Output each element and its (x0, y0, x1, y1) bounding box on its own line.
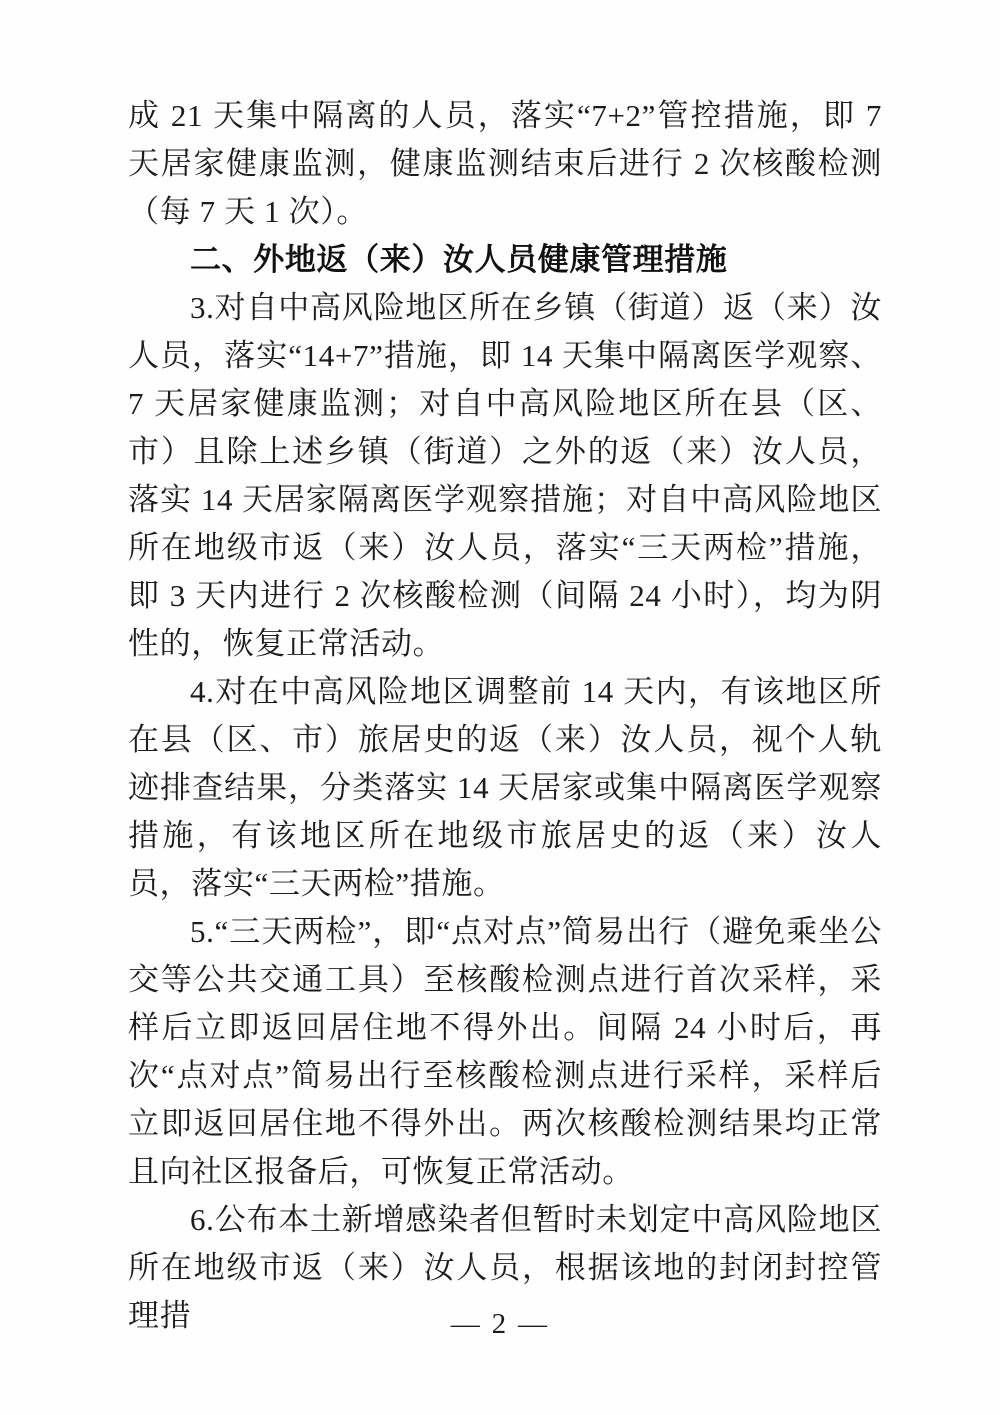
paragraph: 4.对在中高风险地区调整前 14 天内，有该地区所在县（区、市）旅居史的返（来）… (128, 668, 882, 908)
document-page: 成 21 天集中隔离的人员，落实“7+2”管控措施，即 7 天居家健康监测，健康… (0, 0, 1000, 1415)
paragraph: 3.对自中高风险地区所在乡镇（街道）返（来）汝人员，落实“14+7”措施，即 1… (128, 284, 882, 668)
paragraph: 成 21 天集中隔离的人员，落实“7+2”管控措施，即 7 天居家健康监测，健康… (128, 92, 882, 236)
section-heading: 二、外地返（来）汝人员健康管理措施 (128, 236, 882, 284)
document-content: 成 21 天集中隔离的人员，落实“7+2”管控措施，即 7 天居家健康监测，健康… (128, 92, 882, 1340)
paragraph: 5.“三天两检”，即“点对点”简易出行（避免乘坐公交等公共交通工具）至核酸检测点… (128, 908, 882, 1196)
page-number: — 2 — (0, 1308, 1000, 1341)
